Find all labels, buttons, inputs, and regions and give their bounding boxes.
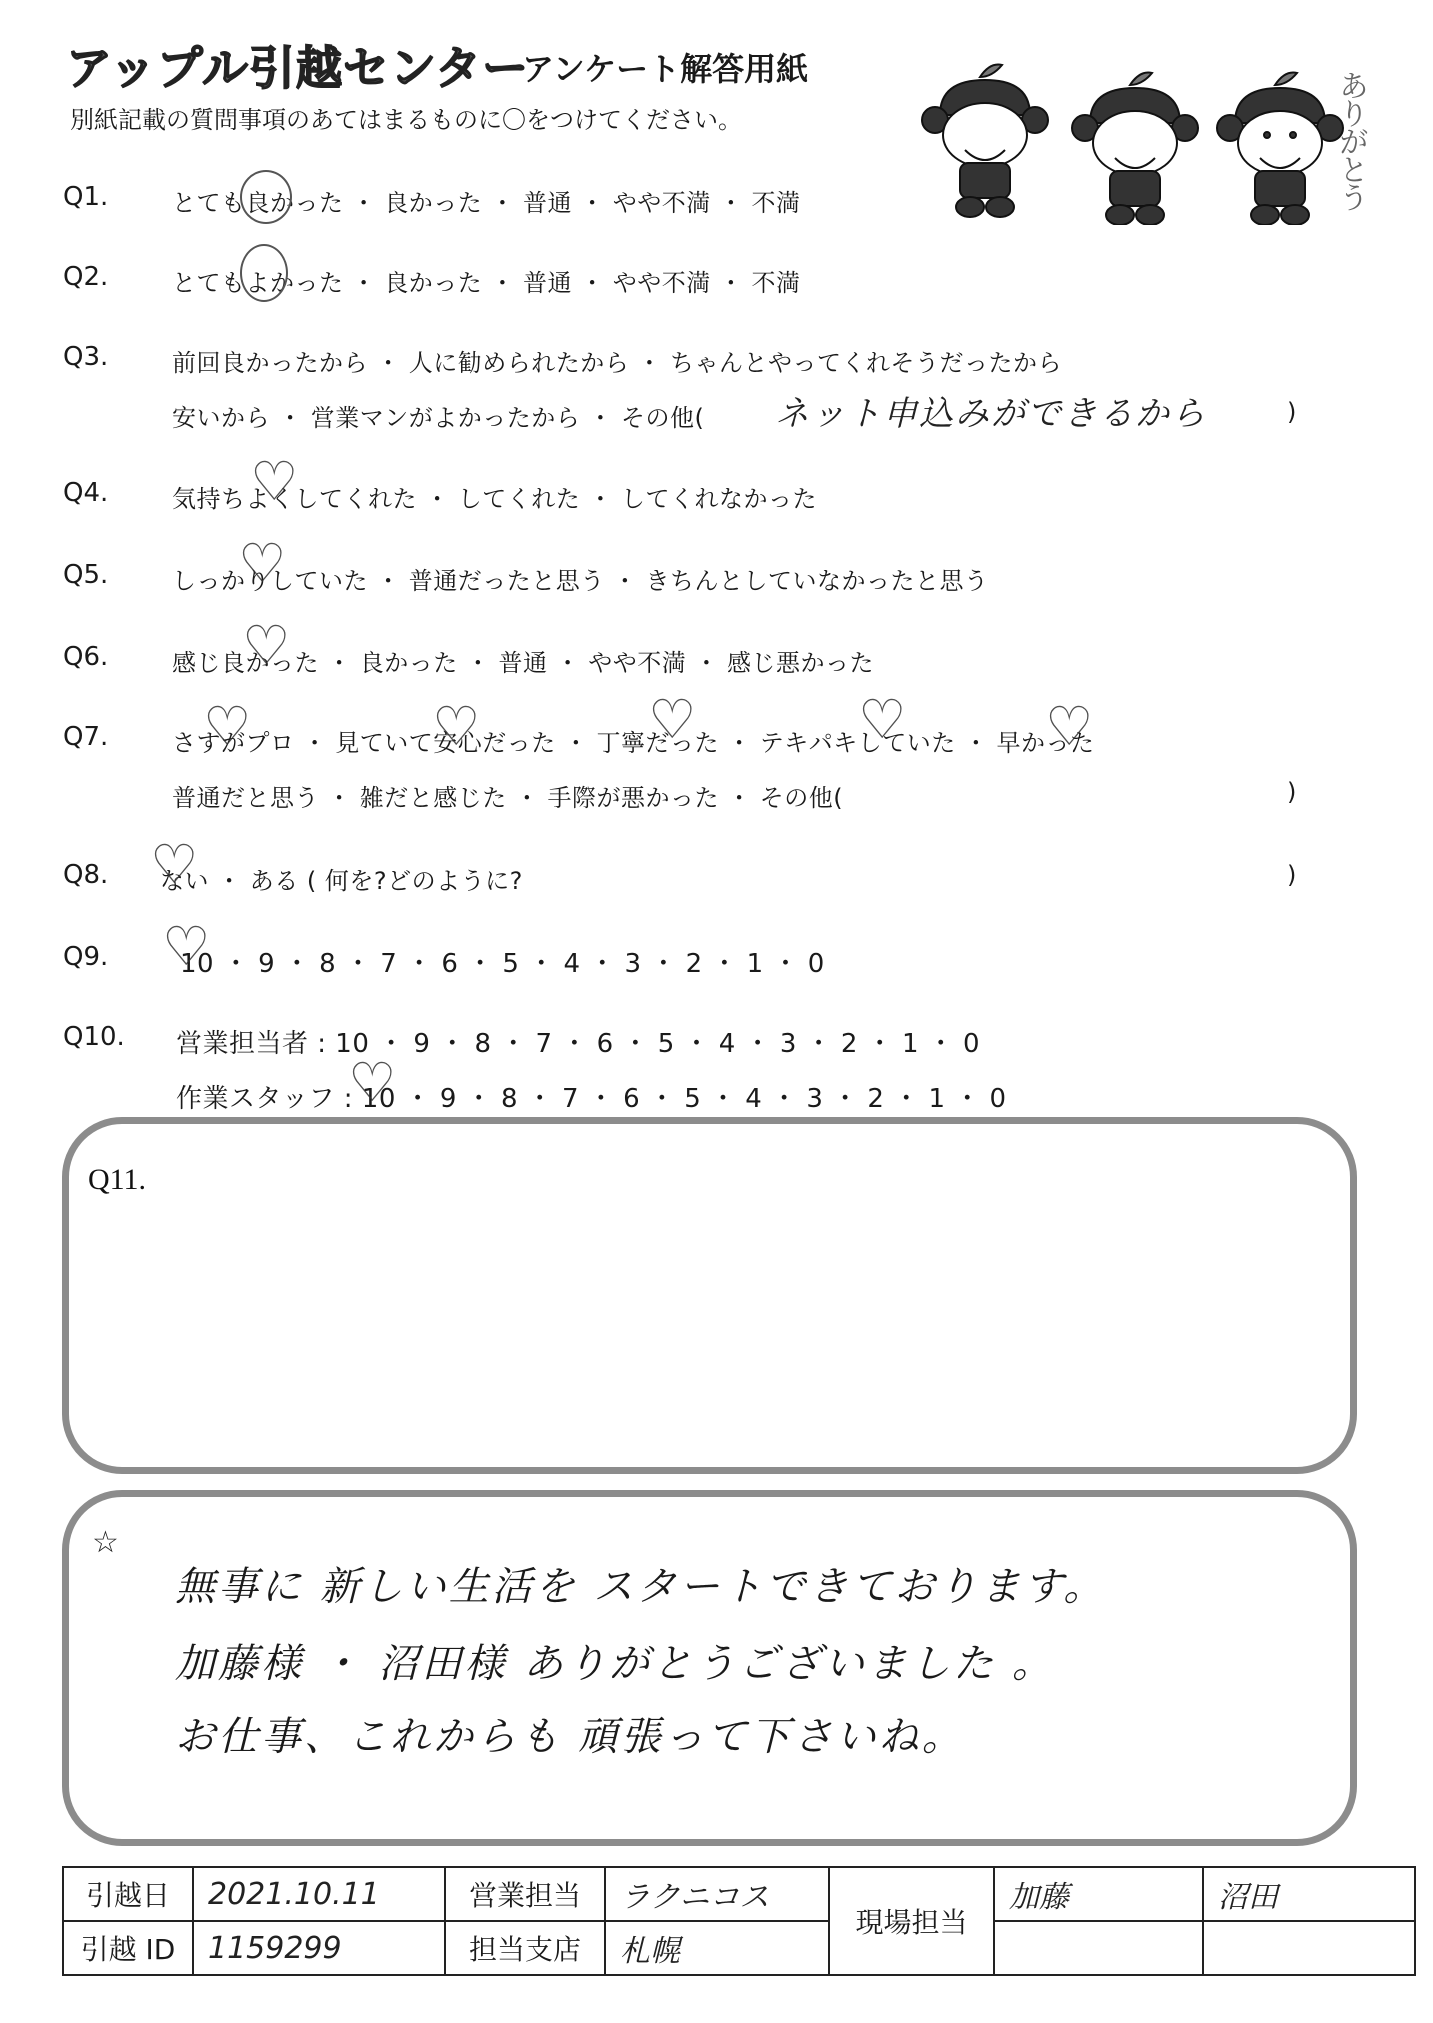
q8-label: Q8. [63, 860, 108, 890]
q5-label: Q5. [63, 560, 108, 590]
field-staff-1[interactable]: 加藤 [994, 1867, 1203, 1921]
move-date-label: 引越日 [63, 1867, 193, 1921]
field-staff-label: 現場担当 [829, 1867, 994, 1975]
comment-line-3: お仕事、これからも 頑張って下さいね。 [175, 1705, 965, 1762]
q4-heart-mark-icon: ♡ [250, 455, 298, 509]
form-title: アンケート解答用紙 [522, 44, 808, 90]
q2-selection-circle [240, 244, 288, 302]
q8-heart-mark-icon: ♡ [150, 838, 198, 892]
q7-label: Q7. [63, 722, 108, 752]
q5-heart-mark-icon: ♡ [238, 537, 286, 591]
q10-heart-mark-icon: ♡ [348, 1056, 396, 1110]
q10-label: Q10. [63, 1022, 125, 1052]
q8-options[interactable]: ない ・ ある ( 何を?どのように? [160, 861, 523, 896]
q7-heart-mark-icon: ♡ [203, 700, 251, 754]
branch-value[interactable]: 札幌 [605, 1921, 829, 1975]
q3-options-line1[interactable]: 前回良かったから ・ 人に勧められたから ・ ちゃんとやってくれそうだったから [172, 343, 1062, 378]
star-icon: ☆ [92, 1525, 119, 1560]
q5-options[interactable]: しっかりしていた ・ 普通だったと思う ・ きちんとしていなかったと思う [172, 561, 989, 596]
q10-staff-scale[interactable]: 作業スタッフ : 10 ・ 9 ・ 8 ・ 7 ・ 6 ・ 5 ・ 4 ・ 3 … [176, 1078, 1007, 1115]
sales-value[interactable]: ラクニコス [605, 1867, 829, 1921]
company-title: アップル引越センター [66, 32, 529, 98]
mascot-illustration [900, 55, 1350, 225]
q9-heart-mark-icon: ♡ [162, 920, 210, 974]
mascot-middle-icon [1072, 73, 1198, 226]
q6-heart-mark-icon: ♡ [242, 619, 290, 673]
instructions: 別紙記載の質問事項のあてはまるものに〇をつけてください。 [70, 100, 742, 135]
sales-label: 営業担当 [445, 1867, 605, 1921]
q9-label: Q9. [63, 942, 108, 972]
q7-heart-mark-icon: ♡ [648, 693, 696, 747]
move-info-table: 引越日 2021.10.11 営業担当 ラクニコス 現場担当 加藤 沼田 引越 … [62, 1866, 1416, 1976]
q1-selection-circle [240, 170, 292, 224]
q7-heart-mark-icon: ♡ [1045, 700, 1093, 754]
q9-scale[interactable]: 10 ・ 9 ・ 8 ・ 7 ・ 6 ・ 5 ・ 4 ・ 3 ・ 2 ・ 1 ・… [180, 943, 825, 980]
mascot-right-icon [1217, 73, 1343, 226]
q3-label: Q3. [63, 342, 108, 372]
q3-close-paren: ) [1287, 398, 1297, 426]
move-date-value[interactable]: 2021.10.11 [193, 1867, 445, 1921]
q11-answer-box[interactable] [62, 1117, 1357, 1474]
comment-line-1: 無事に 新しい生活を スタートできております。 [175, 1555, 1106, 1612]
mascot-caption: ありがとう [1328, 70, 1372, 210]
field-staff-2[interactable]: 沼田 [1203, 1867, 1415, 1921]
move-id-label: 引越 ID [63, 1921, 193, 1975]
q3-other-answer[interactable]: ネット申込みができるから [775, 386, 1207, 435]
q10-sales-scale[interactable]: 営業担当者 : 10 ・ 9 ・ 8 ・ 7 ・ 6 ・ 5 ・ 4 ・ 3 ・… [176, 1023, 980, 1060]
q2-label: Q2. [63, 262, 108, 292]
q7-heart-mark-icon: ♡ [432, 700, 480, 754]
q7-close-paren: ) [1287, 778, 1297, 806]
move-id-value[interactable]: 1159299 [193, 1921, 445, 1975]
q6-label: Q6. [63, 642, 108, 672]
mascot-left-icon [922, 65, 1048, 218]
q8-close-paren: ) [1287, 861, 1297, 889]
q7-options-line2[interactable]: 普通だと思う ・ 雑だと感じた ・ 手際が悪かった ・ その他( [172, 778, 843, 813]
comment-line-2: 加藤様 ・ 沼田様 ありがとうございました 。 [175, 1632, 1055, 1689]
q4-label: Q4. [63, 478, 108, 508]
q7-heart-mark-icon: ♡ [858, 693, 906, 747]
q1-label: Q1. [63, 182, 108, 212]
q3-options-line2[interactable]: 安いから ・ 営業マンがよかったから ・ その他( [172, 398, 704, 433]
field-staff-4[interactable] [1203, 1921, 1415, 1975]
q7-options-line1[interactable]: さすがプロ ・ 見ていて安心だった ・ 丁寧だった ・ テキパキしていた ・ 早… [172, 723, 1095, 758]
q11-label: Q11. [88, 1163, 146, 1197]
field-staff-3[interactable] [994, 1921, 1203, 1975]
branch-label: 担当支店 [445, 1921, 605, 1975]
